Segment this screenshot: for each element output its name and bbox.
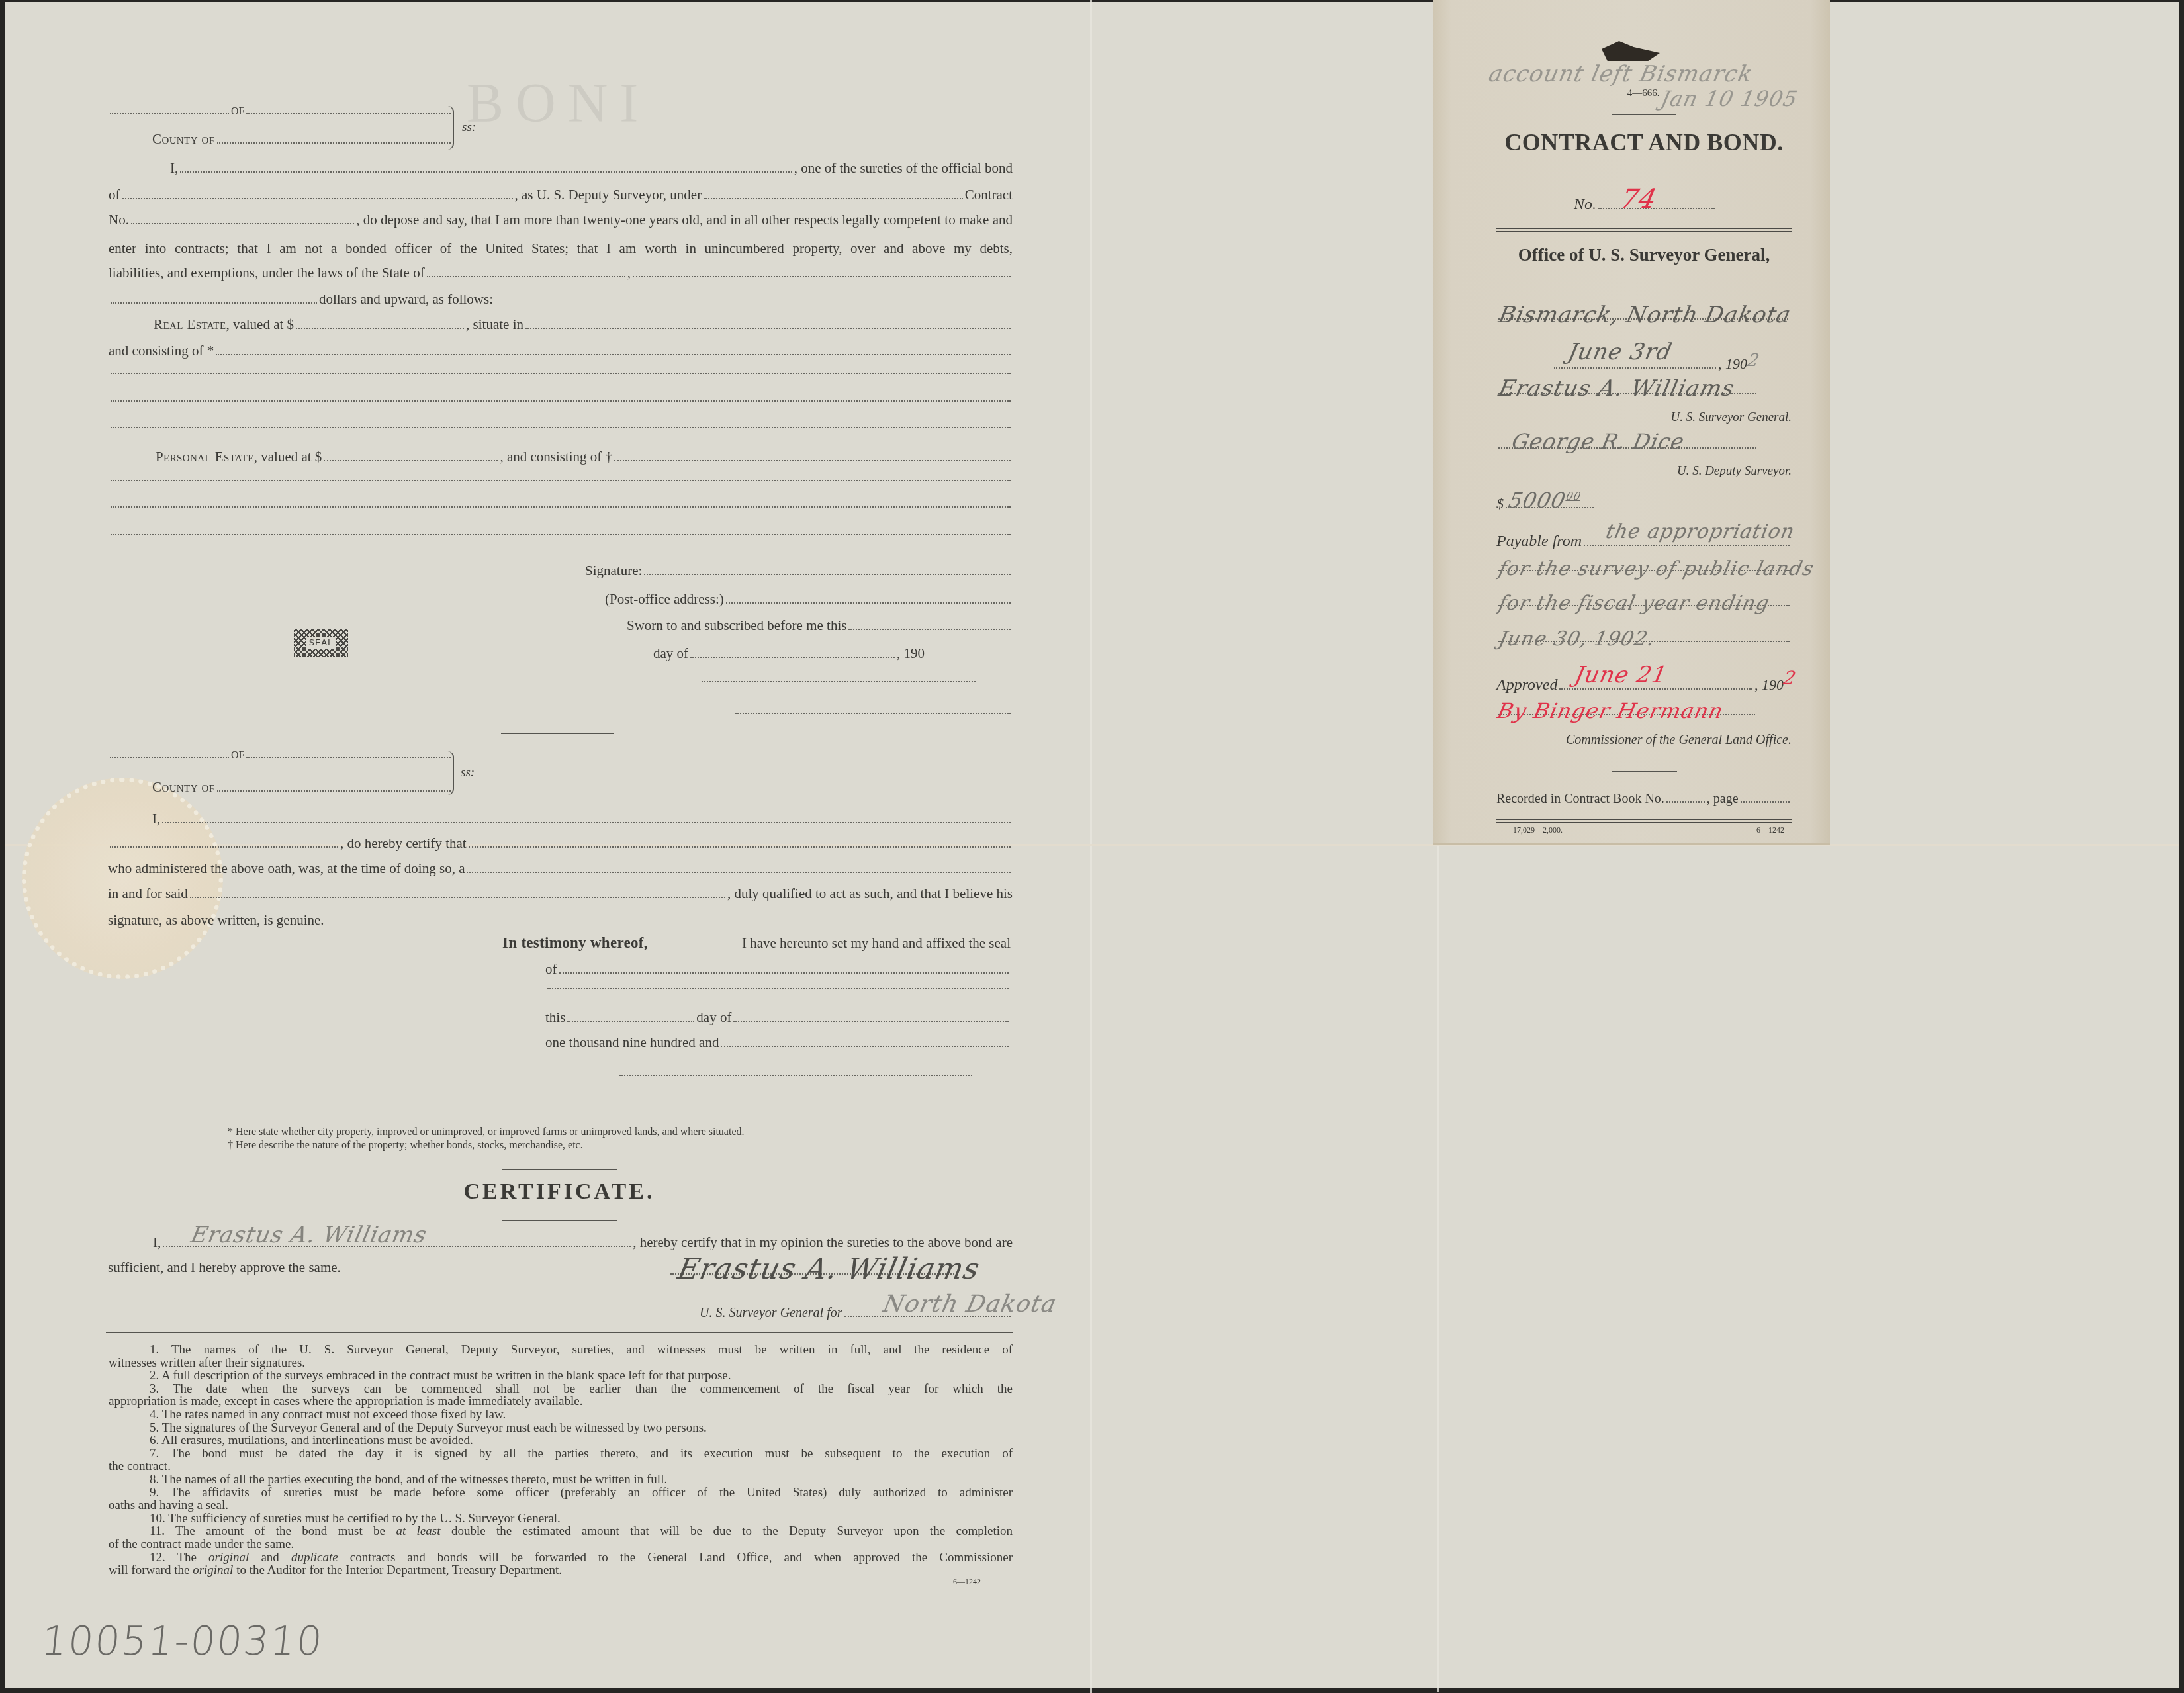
statement-text: , hereby certify that in my opinion the …: [633, 1234, 1013, 1251]
handwritten-place: Bismarck, North Dakota: [1496, 302, 1794, 328]
blank-line: [122, 197, 513, 199]
statement-text: sufficient, and I hereby approve the sam…: [108, 1259, 341, 1276]
deputy-surveyor-line: of , as U. S. Deputy Surveyor, under Con…: [109, 187, 1013, 206]
blank-line: [1554, 367, 1716, 369]
dollars-line: dollars and upward, as follows:: [109, 291, 572, 311]
county-of-label: County of: [152, 779, 215, 796]
instructions-list: 1. The names of the U. S. Surveyor Gener…: [109, 1344, 1013, 1577]
valued-at-label: , valued at $: [254, 449, 322, 465]
personal-estate-label: Personal Estate: [156, 449, 254, 465]
blank-line: [246, 756, 451, 758]
print-code: 17,029—2,000.: [1513, 825, 1563, 835]
rule-7: 7. The bond must be dated the day it is …: [109, 1447, 1013, 1461]
page-label: , page: [1707, 792, 1739, 807]
deputy-surveyor-signature: George R. Dice: [1510, 429, 1687, 454]
rule-9: 9. The affidavits of sureties must be ma…: [109, 1487, 1013, 1500]
commissioner-signature: By Binger Hermann: [1495, 698, 1726, 723]
deputy-surveyor-label: U. S. Deputy Surveyor.: [1496, 464, 1792, 479]
of-label: OF: [231, 750, 244, 762]
approved-label: Approved: [1496, 676, 1557, 694]
notary-seal-placeholder: SEAL: [294, 629, 348, 657]
rule-3-cont: appropriation is made, except in cases w…: [109, 1395, 1013, 1408]
blank-line: [110, 846, 338, 848]
statement-text: enter into contracts; that I am not a bo…: [109, 238, 1013, 258]
blank-row: [109, 479, 1013, 499]
rule-6: 6. All erasures, mutilations, and interl…: [109, 1434, 1013, 1447]
statement-text: , duly qualified to act as such, and tha…: [727, 886, 1013, 902]
year-prefix: , 190: [1754, 676, 1784, 694]
valued-at-label: , valued at $: [226, 316, 294, 333]
rule-4: 4. The rates named in any contract must …: [109, 1408, 1013, 1422]
testimony-of-line: of: [545, 961, 1011, 981]
venue-county-line: County of: [152, 131, 453, 151]
blank-line: [644, 573, 1011, 575]
testimony-year-line: one thousand nine hundred and: [545, 1034, 1011, 1054]
payable-from-label: Payable from: [1496, 533, 1582, 551]
amount-dollars: 5000: [1506, 488, 1569, 513]
statement-text: , do hereby certify that: [340, 835, 467, 852]
statement-text: , do depose and say, that I am more than…: [356, 212, 1013, 228]
bleed-through-text: BONI: [467, 71, 650, 136]
situate-in-label: , situate in: [466, 316, 523, 333]
blank-row: [109, 426, 1013, 446]
venue-state-line: OF: [108, 750, 453, 770]
blank-line: [633, 275, 1011, 277]
rule-8: 8. The names of all the parties executin…: [109, 1473, 1013, 1487]
certificate-title: CERTIFICATE.: [397, 1179, 721, 1205]
certifier-name-line: I,: [152, 811, 1013, 831]
consisting-of-label: , and consisting of †: [500, 449, 612, 465]
jurisdiction-line: in and for said , duly qualified to act …: [108, 886, 1013, 905]
sworn-line: Sworn to and subscribed before me this: [627, 618, 1013, 637]
year-label: one thousand nine hundred and: [545, 1034, 719, 1051]
blank-line: [567, 1020, 694, 1022]
rule-11: 11. The amount of the bond must be at le…: [109, 1525, 1013, 1538]
seal-label: SEAL: [306, 637, 336, 649]
i-label: I,: [152, 811, 160, 827]
handwritten-payable-line: the appropriation: [1604, 520, 1797, 543]
administered-line: who administered the above oath, was, at…: [108, 860, 1013, 880]
blank-line: [735, 712, 1011, 714]
blank-row: [109, 533, 1013, 553]
statement-text: who administered the above oath, was, at…: [108, 860, 465, 877]
blank-line: [1666, 801, 1705, 803]
statement-text: I have hereunto set my hand and affixed …: [742, 935, 1011, 952]
sworn-date-line: day of , 190: [653, 645, 925, 665]
venue-state-line: OF: [108, 106, 453, 126]
approved-year-digit: 2: [1781, 667, 1798, 689]
recorded-line: Recorded in Contract Book No. , page: [1496, 792, 1792, 811]
surveyor-general-signature: Erastus A. Williams: [1496, 375, 1737, 402]
statement-text: signature, as above written, is genuine.: [108, 912, 324, 929]
blank-line: [469, 846, 1011, 848]
certify-line: , do hereby certify that: [108, 835, 1013, 855]
this-label: this: [545, 1009, 565, 1026]
cover-title: CONTRACT AND BOND.: [1486, 128, 1802, 156]
rule-10: 10. The sufficiency of sureties must be …: [109, 1512, 1013, 1526]
handwritten-year-digit: 2: [1746, 351, 1762, 371]
blank-line: [1598, 207, 1715, 209]
post-office-label: (Post-office address:): [605, 591, 724, 608]
of-label: of: [109, 187, 120, 203]
surety-name-line: I, , one of the sureties of the official…: [170, 160, 1013, 180]
scan-edge-right: [2179, 0, 2184, 1693]
cover-form-code: 6—1242: [1718, 825, 1784, 835]
venue-bracket: [447, 751, 454, 795]
cover-form-number: 4—666.: [1610, 88, 1676, 99]
sworn-label: Sworn to and subscribed before me this: [627, 618, 846, 634]
scan-edge-left: [0, 0, 5, 1693]
rule-3: 3. The date when the surveys can be comm…: [109, 1383, 1013, 1396]
commissioner-label: Commissioner of the General Land Office.: [1496, 733, 1792, 748]
signature-label: Signature:: [585, 563, 642, 579]
blank-line: [190, 896, 725, 898]
footnote-personal-estate: † Here describe the nature of the proper…: [228, 1139, 583, 1152]
amount-cents: 00: [1565, 490, 1582, 502]
i-label: I,: [170, 160, 178, 177]
consisting-of-label: and consisting of *: [109, 343, 214, 359]
year-prefix: , 190: [897, 645, 925, 662]
statement-text: in and for said: [108, 886, 188, 902]
blank-row: [109, 372, 1013, 392]
blank-line: [296, 327, 464, 329]
scan-edge-top: [0, 0, 2184, 2]
rule-12: 12. The original and duplicate contracts…: [109, 1551, 1013, 1565]
blank-line: [111, 479, 1011, 481]
surveyor-general-label: U. S. Surveyor General for: [700, 1306, 842, 1321]
cover-rule: [1612, 771, 1677, 772]
blank-line: [217, 142, 451, 144]
statement-text: liabilities, and exemptions, under the l…: [109, 265, 425, 281]
officer-signature-line: [700, 680, 978, 700]
recorded-label: Recorded in Contract Book No.: [1496, 792, 1664, 807]
footnote-real-estate: * Here state whether city property, impr…: [228, 1126, 745, 1139]
blank-line: [1584, 544, 1790, 546]
officer-signature-line: [617, 1074, 974, 1094]
blank-line: [525, 327, 1011, 329]
contract-number-line: No. , do depose and say, that I am more …: [109, 212, 1013, 232]
blank-line: [111, 372, 1011, 374]
comma: ,: [627, 265, 631, 281]
rule-7-cont: the contract.: [109, 1460, 1013, 1473]
contract-label: Contract: [965, 187, 1013, 203]
cover-panel: account left Bismarck Jan 10 1905 4—666.…: [1433, 0, 1830, 845]
post-office-line: (Post-office address:): [605, 591, 1013, 611]
genuine-line: signature, as above written, is genuine.: [108, 912, 637, 932]
blank-line: [467, 871, 1011, 873]
rule-12-cont: will forward the original to the Auditor…: [109, 1564, 1013, 1577]
blank-line: [246, 113, 451, 114]
blank-line: [131, 222, 354, 224]
handwritten-amount: 500000: [1506, 488, 1583, 513]
rule-9-cont: oaths and having a seal.: [109, 1499, 1013, 1512]
statement-text: dollars and upward, as follows:: [319, 291, 493, 308]
i-label: I,: [153, 1234, 161, 1251]
blank-line: [614, 459, 1011, 461]
blank-line: [111, 426, 1011, 428]
blank-line: [721, 1045, 1009, 1047]
blank-line: [547, 987, 1009, 989]
rule-1: 1. The names of the U. S. Surveyor Gener…: [109, 1344, 1013, 1357]
signature-line: Signature:: [585, 563, 1013, 582]
blank-line: [690, 656, 895, 658]
blank-line: [111, 302, 317, 304]
rule-5: 5. The signatures of the Surveyor Genera…: [109, 1422, 1013, 1435]
pencil-note: account left Bismarck: [1486, 61, 1755, 87]
testimony-lead: In testimony whereof,: [502, 935, 648, 952]
archive-number: 10051-00310: [39, 1618, 326, 1665]
surveyor-general-signature: Erastus A. Williams: [675, 1252, 983, 1286]
venue-county-line: County of: [152, 779, 453, 799]
venue-bracket: [447, 106, 454, 150]
fold-crease-vertical-lower: [1437, 845, 1439, 1692]
officer-title-line: [733, 712, 1013, 732]
no-label: No.: [109, 212, 129, 228]
blank-line: [559, 972, 1009, 974]
rules-divider: [106, 1332, 1013, 1333]
ss-label: ss:: [461, 766, 475, 780]
state-line: liabilities, and exemptions, under the l…: [109, 265, 1013, 285]
rule-2: 2. A full description of the surveys emb…: [109, 1369, 1013, 1383]
blank-line: [110, 113, 229, 114]
of-label: of: [545, 961, 557, 978]
blank-line: [111, 506, 1011, 508]
approve-line: sufficient, and I hereby approve the sam…: [108, 1259, 637, 1279]
tear-mark: [1602, 41, 1660, 61]
handwritten-payable-line: for the survey of public lands: [1496, 557, 1816, 580]
fold-crease-vertical: [1090, 0, 1092, 1693]
blank-line: [110, 756, 229, 758]
title-rule-top: [502, 1169, 617, 1170]
blank-line: [216, 353, 1011, 355]
blank-line: [111, 400, 1011, 402]
testimony-date-line: this day of: [545, 1009, 1011, 1029]
scan-edge-bottom: [0, 1688, 2184, 1693]
contract-number: 74: [1618, 184, 1660, 214]
blank-row: [109, 506, 1013, 526]
surveyor-general-label: U. S. Surveyor General.: [1496, 410, 1792, 425]
real-estate-label: Real Estate: [154, 316, 226, 333]
blank-line: [162, 821, 1011, 823]
statement-text: , one of the sureties of the official bo…: [794, 160, 1013, 177]
year-prefix: , 190: [1718, 355, 1747, 373]
no-label: No.: [1574, 196, 1596, 214]
testimony-line: In testimony whereof, I have hereunto se…: [502, 935, 1011, 954]
section-divider: [501, 733, 614, 734]
dollar-sign: $: [1496, 495, 1504, 512]
blank-line: [180, 171, 792, 173]
cover-rule: [1612, 114, 1676, 115]
form-code: 6—1242: [953, 1577, 981, 1587]
blank-line: [427, 275, 625, 277]
real-estate-line: Real Estate , valued at $ , situate in: [154, 316, 1013, 336]
handwritten-state: North Dakota: [881, 1291, 1060, 1318]
county-of-label: County of: [152, 131, 215, 148]
real-estate-consisting-line: and consisting of *: [109, 343, 1013, 363]
rule-11-cont: of the contract made under the same.: [109, 1538, 1013, 1551]
ss-label: ss:: [462, 120, 476, 135]
approved-date: June 21: [1572, 662, 1670, 688]
rule-1-cont: witnesses written after their signatures…: [109, 1357, 1013, 1370]
blank-line: [704, 197, 963, 199]
blank-line: [619, 1074, 972, 1076]
blank-line: [726, 602, 1011, 604]
handwritten-name: Erastus A. Williams: [189, 1222, 430, 1248]
handwritten-payable-line: for the fiscal year ending: [1496, 592, 1772, 615]
scanned-document: BONI OF County of ss: I, , one of the su…: [0, 0, 2184, 1693]
blank-line: [702, 680, 976, 682]
day-of-label: day of: [653, 645, 688, 662]
day-of-label: day of: [696, 1009, 731, 1026]
of-label: OF: [231, 106, 244, 118]
blank-line: [1741, 801, 1790, 803]
blank-line: [848, 628, 1011, 630]
blank-row: [545, 987, 1011, 1007]
blank-line: [324, 459, 498, 461]
blank-line: [111, 533, 1011, 535]
handwritten-payable-line: June 30, 1902.: [1496, 627, 1657, 651]
personal-estate-line: Personal Estate , valued at $ , and cons…: [156, 449, 1013, 469]
cover-double-rule: [1496, 819, 1792, 823]
blank-line: [733, 1020, 1009, 1022]
statement-text: , as U. S. Deputy Surveyor, under: [515, 187, 702, 203]
cover-double-rule: [1496, 228, 1792, 232]
handwritten-date: June 3rd: [1566, 339, 1675, 365]
blank-row: [109, 400, 1013, 420]
pencil-note-date: Jan 10 1905: [1659, 86, 1800, 111]
cover-office-heading: Office of U. S. Surveyor General,: [1486, 245, 1802, 265]
blank-line: [217, 790, 451, 792]
title-rule-bottom: [502, 1220, 617, 1221]
